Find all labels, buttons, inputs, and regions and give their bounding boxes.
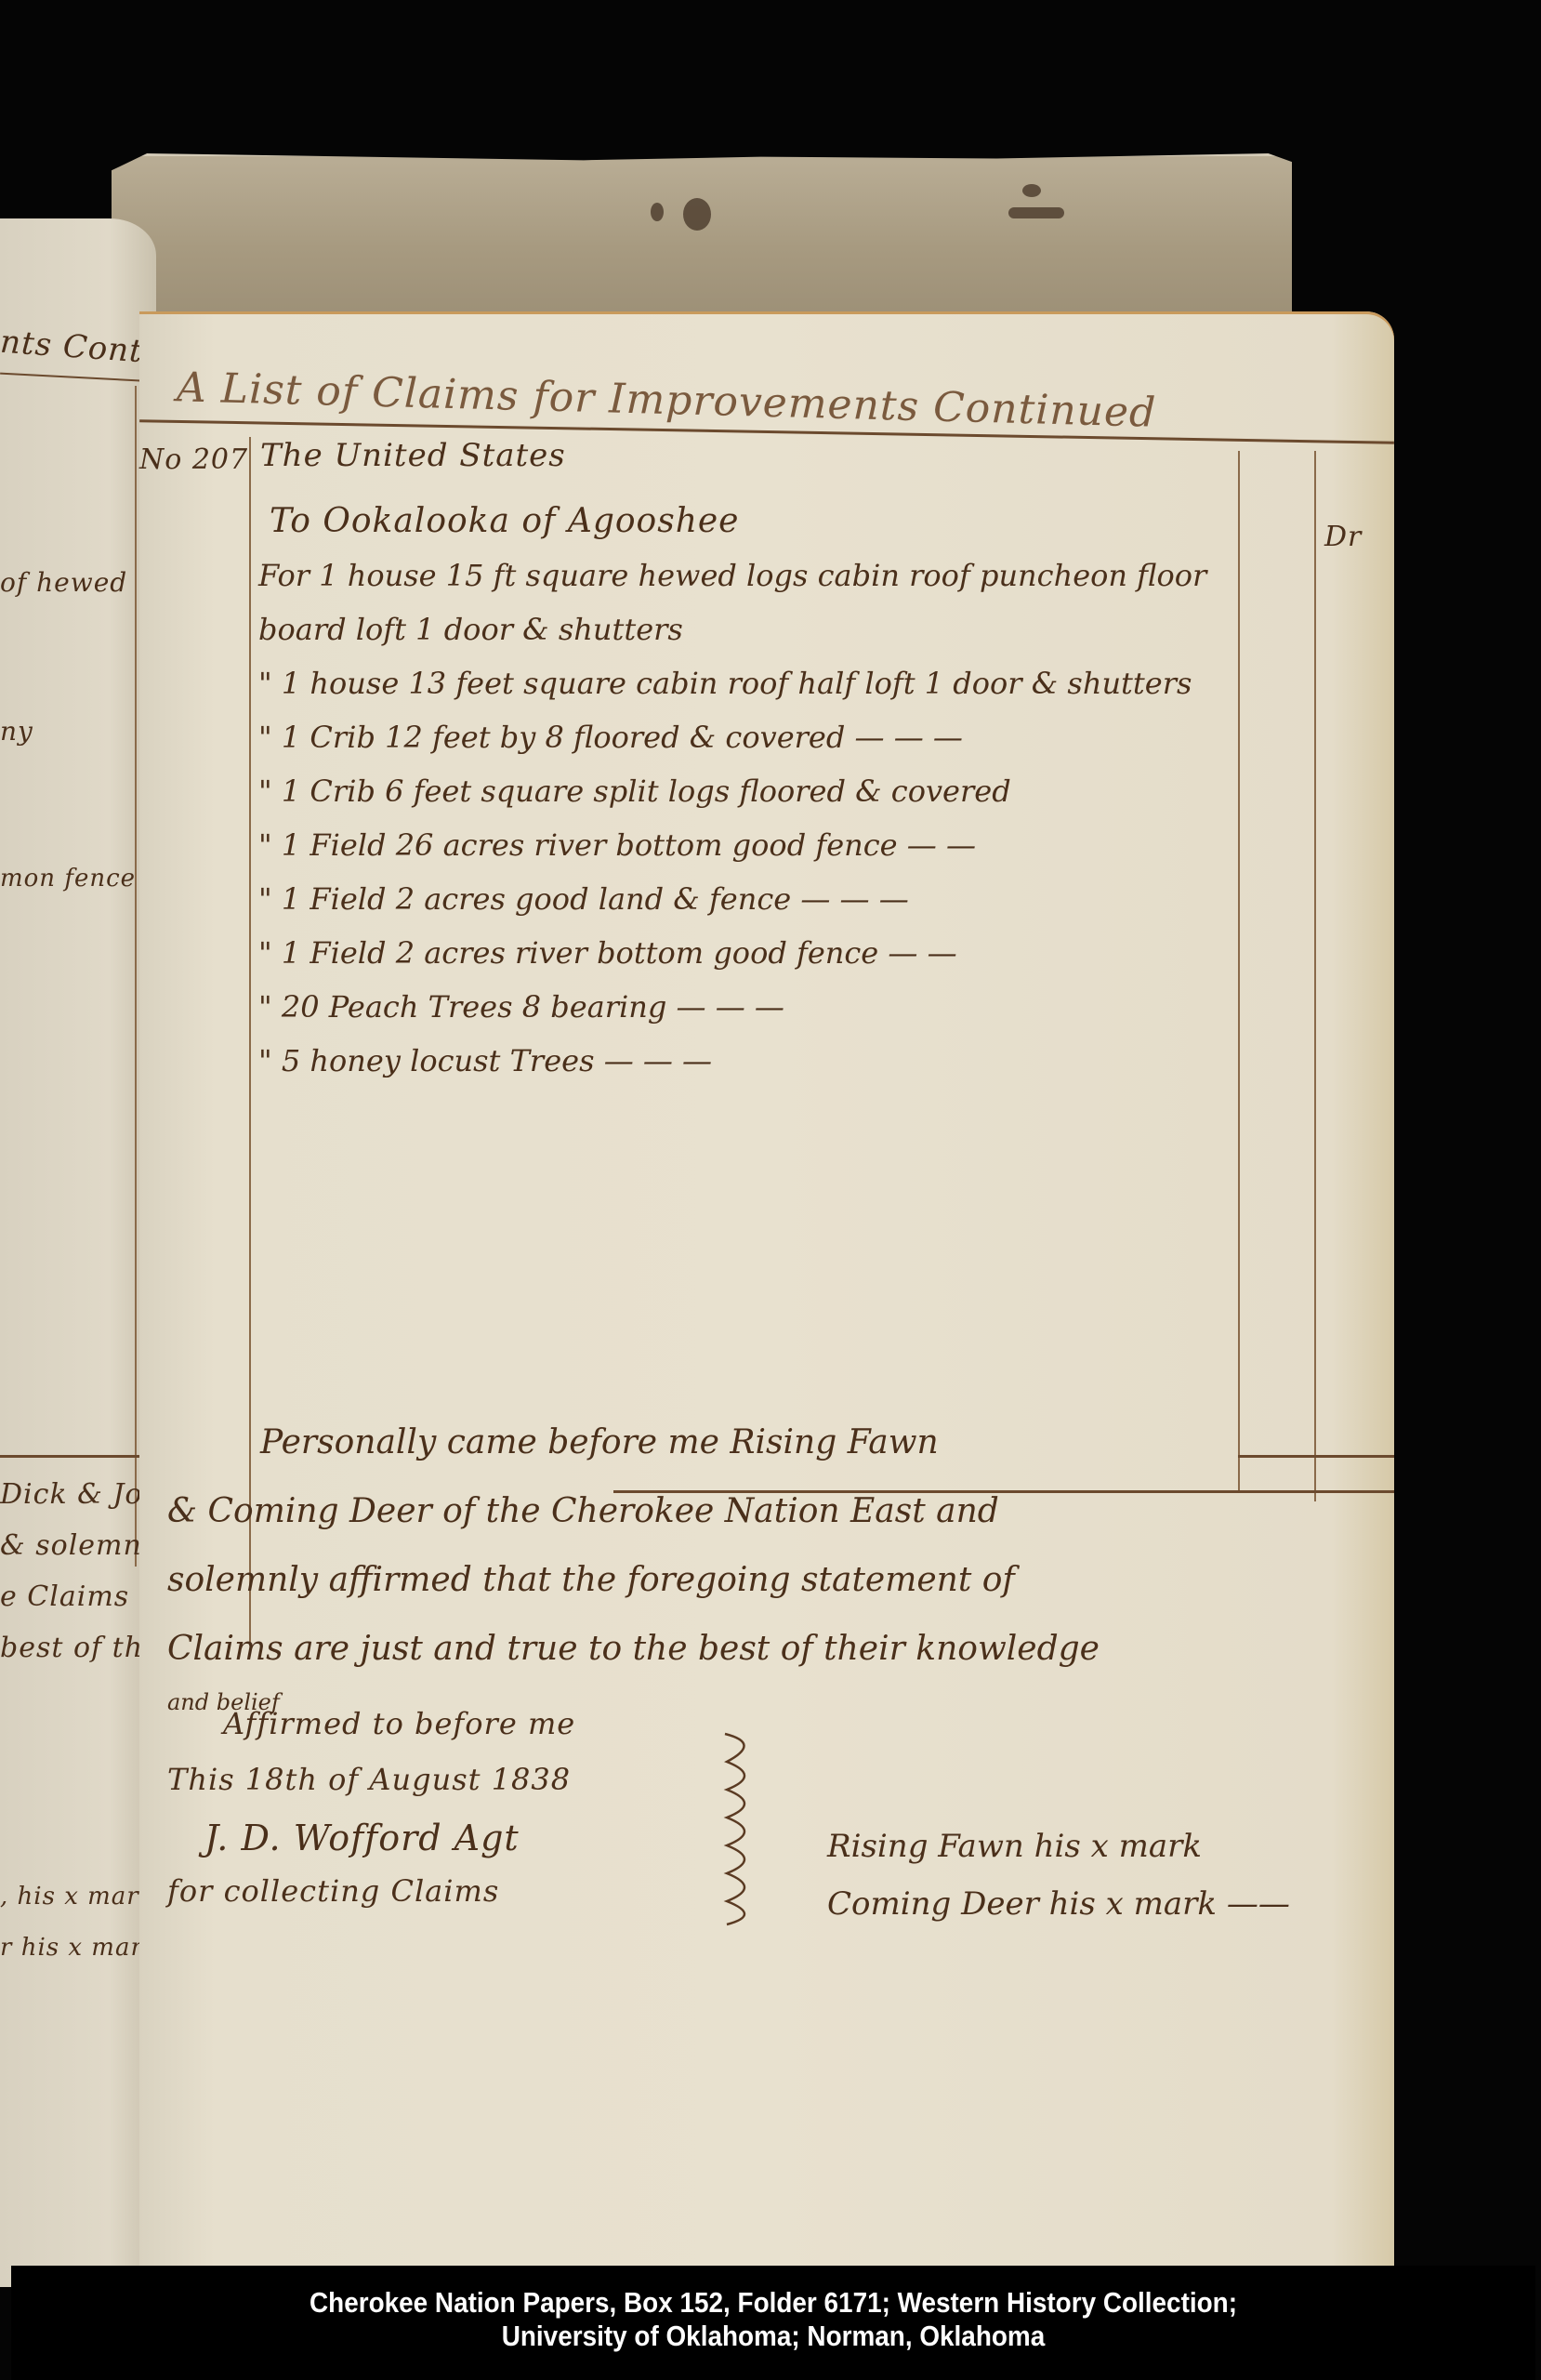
- amount-column-rule-right: [1314, 451, 1316, 1501]
- signatories: Rising Fawn his x mark Coming Deer his x…: [827, 1818, 1290, 1933]
- affidavit-line: solemnly affirmed that the foregoing sta…: [167, 1546, 1366, 1615]
- right-page: A List of Claims for Improvements Contin…: [139, 311, 1394, 2287]
- claim-item: " 1 Field 2 acres river bottom good fenc…: [251, 926, 1236, 980]
- left-fragment: r his x mark: [0, 1934, 159, 1962]
- claim-item: For 1 house 15 ft square hewed logs cabi…: [251, 549, 1236, 656]
- amount-column-rule-left: [1238, 451, 1240, 1492]
- agent-role: for collecting Claims: [167, 1873, 499, 1909]
- affidavit: Personally came before me Rising Fawn & …: [167, 1408, 1366, 1721]
- attestation-line: Affirmed to before me: [223, 1706, 575, 1741]
- stain: [1022, 184, 1041, 197]
- left-column-rule: [135, 386, 137, 1567]
- archive-caption: Cherokee Nation Papers, Box 152, Folder …: [11, 2266, 1535, 2380]
- left-fragment: , his x mark: [0, 1883, 154, 1911]
- claim-item: " 1 Crib 6 feet square split logs floore…: [251, 764, 1236, 818]
- debtor: The United States: [260, 437, 566, 474]
- debit-marker: Dr: [1324, 521, 1362, 553]
- affidavit-line: Claims are just and true to the best of …: [167, 1615, 1366, 1684]
- left-fragment: e Claims a: [0, 1580, 157, 1613]
- stain: [683, 198, 711, 231]
- entry-number: No 207: [139, 443, 248, 476]
- claim-item: " 20 Peach Trees 8 bearing — — —: [251, 980, 1236, 1034]
- agent-signature: J. D. Wofford Agt: [204, 1818, 520, 1858]
- claim-item: " 1 house 13 feet square cabin roof half…: [251, 656, 1236, 710]
- attestation-date: This 18th of August 1838: [167, 1762, 571, 1797]
- claim-item: " 1 Crib 12 feet by 8 floored & covered …: [251, 710, 1236, 764]
- book-cover-strip: [112, 153, 1292, 324]
- left-divider: [0, 1455, 156, 1458]
- claims-list: For 1 house 15 ft square hewed logs cabi…: [251, 549, 1236, 1088]
- claim-item: " 1 Field 2 acres good land & fence — — …: [251, 872, 1236, 926]
- signatory: Rising Fawn his x mark: [827, 1818, 1290, 1875]
- caption-line-1: Cherokee Nation Papers, Box 152, Folder …: [87, 2286, 1459, 2320]
- page-header: A List of Claims for Improvements Contin…: [177, 364, 1157, 437]
- left-fragment: of hewed: [0, 567, 127, 598]
- left-header-rule: [0, 373, 156, 383]
- signatory: Coming Deer his x mark ——: [827, 1875, 1290, 1933]
- stain: [1008, 207, 1064, 218]
- affidavit-line: Personally came before me Rising Fawn: [167, 1408, 1366, 1477]
- affidavit-line: & Coming Deer of the Cherokee Nation Eas…: [167, 1477, 1366, 1546]
- brace-icon: [716, 1725, 771, 1929]
- stain: [651, 203, 664, 221]
- left-fragment: mon fence: [0, 865, 136, 892]
- left-fragment: ny: [0, 716, 33, 747]
- creditor-line: To Ookalooka of Agooshee: [270, 502, 739, 540]
- caption-line-2: University of Oklahoma; Norman, Oklahoma: [87, 2320, 1459, 2353]
- claim-item: " 5 honey locust Trees — — —: [251, 1034, 1236, 1088]
- left-page: nts Continu of hewed ny mon fence Dick &…: [0, 218, 156, 2287]
- claim-item: " 1 Field 26 acres river bottom good fen…: [251, 818, 1236, 872]
